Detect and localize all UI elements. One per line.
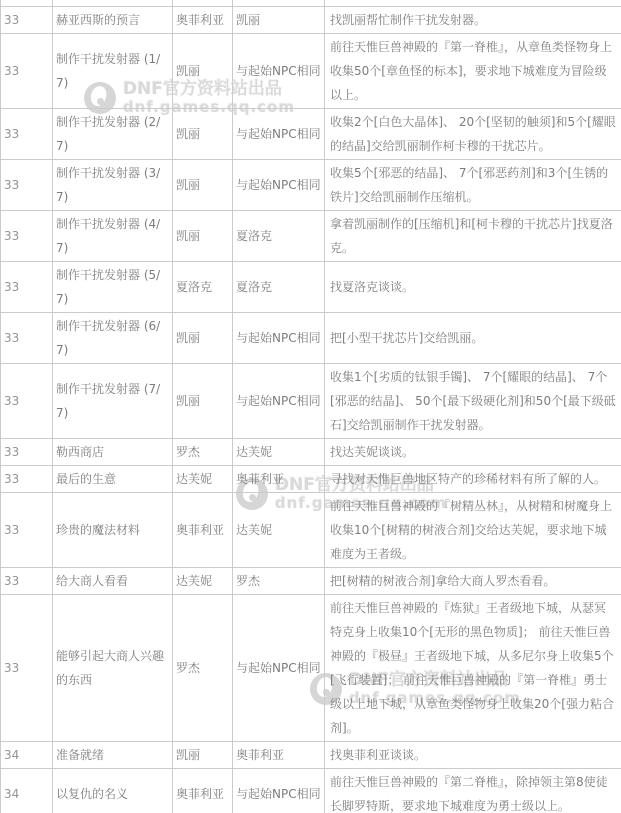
quest-description-cell: 收集5个[邪恶的结晶]、 7个[邪恶药剂]和3个[生锈的铁片]交给凯丽制作压缩机…: [325, 160, 621, 211]
quest-name-cell: 制作干扰发射器 (6/7): [53, 313, 173, 364]
quest-row: 33 最后的生意 达芙妮 奥菲利亚 寻找对天惟巨兽地区特产的珍稀材料有所了解的人…: [1, 466, 621, 493]
quest-end-npc-cell: 奥菲利亚: [233, 466, 325, 493]
quest-row: 33 制作干扰发射器 (1/7) 凯丽 与起始NPC相同 前往天惟巨兽神殿的『第…: [1, 34, 621, 109]
quest-row: 33 制作干扰发射器 (2/7) 凯丽 与起始NPC相同 收集2个[白色大晶体]…: [1, 109, 621, 160]
quest-start-npc-cell: 罗杰: [173, 595, 233, 742]
quest-name-cell: 勒西商店: [53, 439, 173, 466]
quest-description-cell: 拿着凯丽制作的[压缩机]和[柯卡穆的干扰芯片]找夏洛克。: [325, 211, 621, 262]
quest-description-cell: 找达芙妮谈谈。: [325, 439, 621, 466]
quest-description-cell: 前往天惟巨兽神殿的『炼狱』王者级地下城，从瑟冥特克身上收集10个[无形的黑色物质…: [325, 595, 621, 742]
quest-row: 33 给大商人看看 达芙妮 罗杰 把[树精的树液合剂]拿给大商人罗杰看看。: [1, 568, 621, 595]
quest-end-npc-cell: 与起始NPC相同: [233, 595, 325, 742]
quest-row: 34 准备就绪 凯丽 奥菲利亚 找奥菲利亚谈谈。: [1, 742, 621, 769]
quest-start-npc-cell: 奥菲利亚: [173, 493, 233, 568]
quest-level-cell: 33: [1, 364, 53, 439]
quest-row: 34 以复仇的名义 奥菲利亚 与起始NPC相同 前往天惟巨兽神殿的『第二脊椎』，…: [1, 769, 621, 813]
quest-description-cell: 把[小型干扰芯片]交给凯丽。: [325, 313, 621, 364]
quest-row: 33 制作干扰发射器 (6/7) 凯丽 与起始NPC相同 把[小型干扰芯片]交给…: [1, 313, 621, 364]
quest-start-npc-cell: 达芙妮: [173, 568, 233, 595]
quest-level-cell: 33: [1, 466, 53, 493]
quest-end-npc-cell: 与起始NPC相同: [233, 769, 325, 813]
quest-end-npc-cell: 凯丽: [233, 7, 325, 34]
quest-name-cell: 制作干扰发射器 (3/7): [53, 160, 173, 211]
quest-description-cell: 前往天惟巨兽神殿的『树精丛林』，从树精和树魔身上收集10个[树精的树液合剂]交给…: [325, 493, 621, 568]
quest-name-cell: 以复仇的名义: [53, 769, 173, 813]
quest-end-npc-cell: 罗杰: [233, 568, 325, 595]
quest-level-cell: 33: [1, 595, 53, 742]
quest-name-cell: 制作干扰发射器 (5/7): [53, 262, 173, 313]
quest-description-cell: 把[树精的树液合剂]拿给大商人罗杰看看。: [325, 568, 621, 595]
quest-description-cell: 前往天惟巨兽神殿的『第一脊椎』，从章鱼类怪物身上收集50个[章鱼怪的标本]，要求…: [325, 34, 621, 109]
quest-name-cell: 给大商人看看: [53, 568, 173, 595]
quest-description-cell: 收集1个[劣质的钛银手镯]、 7个[耀眼的结晶]、 7个[邪恶的结晶]、 50个…: [325, 364, 621, 439]
quest-row: 33 制作干扰发射器 (3/7) 凯丽 与起始NPC相同 收集5个[邪恶的结晶]…: [1, 160, 621, 211]
quest-start-npc-cell: 凯丽: [173, 313, 233, 364]
quest-name-cell: 准备就绪: [53, 742, 173, 769]
quest-end-npc-cell: 与起始NPC相同: [233, 313, 325, 364]
quest-level-cell: 33: [1, 568, 53, 595]
quest-level-cell: 33: [1, 34, 53, 109]
quest-end-npc-cell: 达芙妮: [233, 493, 325, 568]
quest-name-cell: 能够引起大商人兴趣的东西: [53, 595, 173, 742]
quest-description-cell: 收集2个[白色大晶体]、 20个[坚韧的触须]和5个[耀眼的结晶]交给凯丽制作柯…: [325, 109, 621, 160]
quest-row: 33 赫亚西斯的预言 奥菲利亚 凯丽 找凯丽帮忙制作干扰发射器。: [1, 7, 621, 34]
quest-name-cell: 制作干扰发射器 (2/7): [53, 109, 173, 160]
quest-level-cell: 33: [1, 439, 53, 466]
quest-end-npc-cell: 夏洛克: [233, 211, 325, 262]
quest-name-cell: 赫亚西斯的预言: [53, 7, 173, 34]
quest-level-cell: 33: [1, 109, 53, 160]
quest-level-cell: 33: [1, 313, 53, 364]
quest-row: 33 能够引起大商人兴趣的东西 罗杰 与起始NPC相同 前往天惟巨兽神殿的『炼狱…: [1, 595, 621, 742]
quest-start-npc-cell: 凯丽: [173, 364, 233, 439]
quest-start-npc-cell: 凯丽: [173, 160, 233, 211]
quest-level-cell: 34: [1, 769, 53, 813]
quest-table-page: DNF官方资料站出品 dnf.games.qq.com DNF官方资料站出品 d…: [0, 0, 621, 813]
quest-end-npc-cell: 达芙妮: [233, 439, 325, 466]
quest-description-cell: 前往天惟巨兽神殿的『第二脊椎』，除掉领主第8使徒长脚罗特斯，要求地下城难度为勇士…: [325, 769, 621, 813]
quest-level-cell: 33: [1, 7, 53, 34]
quest-row: 33 珍贵的魔法材料 奥菲利亚 达芙妮 前往天惟巨兽神殿的『树精丛林』，从树精和…: [1, 493, 621, 568]
quest-level-cell: 33: [1, 493, 53, 568]
quest-start-npc-cell: 凯丽: [173, 742, 233, 769]
quest-row: 33 制作干扰发射器 (7/7) 凯丽 与起始NPC相同 收集1个[劣质的钛银手…: [1, 364, 621, 439]
quest-name-cell: 制作干扰发射器 (7/7): [53, 364, 173, 439]
quest-name-cell: 制作干扰发射器 (1/7): [53, 34, 173, 109]
quest-table: 33 赫亚西斯的预言 奥菲利亚 凯丽 找凯丽帮忙制作干扰发射器。 33 制作干扰…: [0, 0, 621, 813]
quest-start-npc-cell: 夏洛克: [173, 262, 233, 313]
quest-start-npc-cell: 奥菲利亚: [173, 7, 233, 34]
quest-end-npc-cell: 与起始NPC相同: [233, 364, 325, 439]
quest-level-cell: 34: [1, 742, 53, 769]
quest-end-npc-cell: 夏洛克: [233, 262, 325, 313]
quest-level-cell: 33: [1, 160, 53, 211]
quest-row: 33 制作干扰发射器 (5/7) 夏洛克 夏洛克 找夏洛克谈谈。: [1, 262, 621, 313]
quest-description-cell: 找奥菲利亚谈谈。: [325, 742, 621, 769]
quest-end-npc-cell: 与起始NPC相同: [233, 160, 325, 211]
quest-table-body: 33 赫亚西斯的预言 奥菲利亚 凯丽 找凯丽帮忙制作干扰发射器。 33 制作干扰…: [1, 0, 621, 813]
quest-description-cell: 寻找对天惟巨兽地区特产的珍稀材料有所了解的人。: [325, 466, 621, 493]
quest-row: 33 勒西商店 罗杰 达芙妮 找达芙妮谈谈。: [1, 439, 621, 466]
quest-end-npc-cell: 与起始NPC相同: [233, 34, 325, 109]
quest-end-npc-cell: 与起始NPC相同: [233, 109, 325, 160]
quest-name-cell: 珍贵的魔法材料: [53, 493, 173, 568]
quest-description-cell: 找凯丽帮忙制作干扰发射器。: [325, 7, 621, 34]
quest-start-npc-cell: 奥菲利亚: [173, 769, 233, 813]
quest-start-npc-cell: 凯丽: [173, 34, 233, 109]
quest-end-npc-cell: 奥菲利亚: [233, 742, 325, 769]
quest-start-npc-cell: 罗杰: [173, 439, 233, 466]
quest-start-npc-cell: 凯丽: [173, 211, 233, 262]
quest-start-npc-cell: 达芙妮: [173, 466, 233, 493]
quest-level-cell: 33: [1, 211, 53, 262]
quest-name-cell: 制作干扰发射器 (4/7): [53, 211, 173, 262]
quest-start-npc-cell: 凯丽: [173, 109, 233, 160]
quest-level-cell: 33: [1, 262, 53, 313]
quest-row: 33 制作干扰发射器 (4/7) 凯丽 夏洛克 拿着凯丽制作的[压缩机]和[柯卡…: [1, 211, 621, 262]
quest-description-cell: 找夏洛克谈谈。: [325, 262, 621, 313]
quest-name-cell: 最后的生意: [53, 466, 173, 493]
